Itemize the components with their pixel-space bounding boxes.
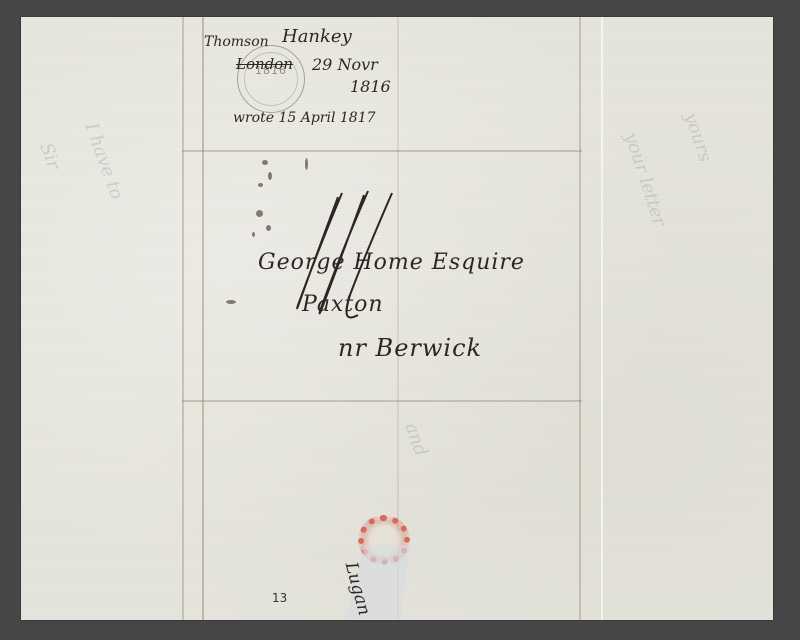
ink-smudge [262,160,268,165]
ink-smudge [305,158,308,170]
ink-smudge [258,183,263,187]
address-place: Paxton [302,292,384,317]
docket-date: 29 Novr [312,55,378,74]
address-recipient: George Home Esquire [258,250,525,275]
docket-name: Hankey [282,26,352,47]
ink-smudge [266,225,271,231]
fold-line-bottom [182,400,582,402]
fold-line-top [182,150,582,152]
docket-answered-note: wrote 15 April 1817 [233,110,376,126]
ink-smudge [252,232,255,237]
ink-smudge [226,300,236,304]
fold-line-left-outer [182,17,184,620]
fold-line-left-inner [202,17,204,620]
page-number: 13 [272,591,287,605]
fold-line-right-outer [579,17,581,620]
address-town: nr Berwick [338,334,482,362]
fold-line-right-inner [601,17,603,620]
docket-year: 1816 [350,77,391,96]
docket-place: London [236,55,293,73]
ink-smudge [268,172,272,180]
docket-sender: Thomson [204,34,269,50]
ink-smudge [256,210,263,217]
